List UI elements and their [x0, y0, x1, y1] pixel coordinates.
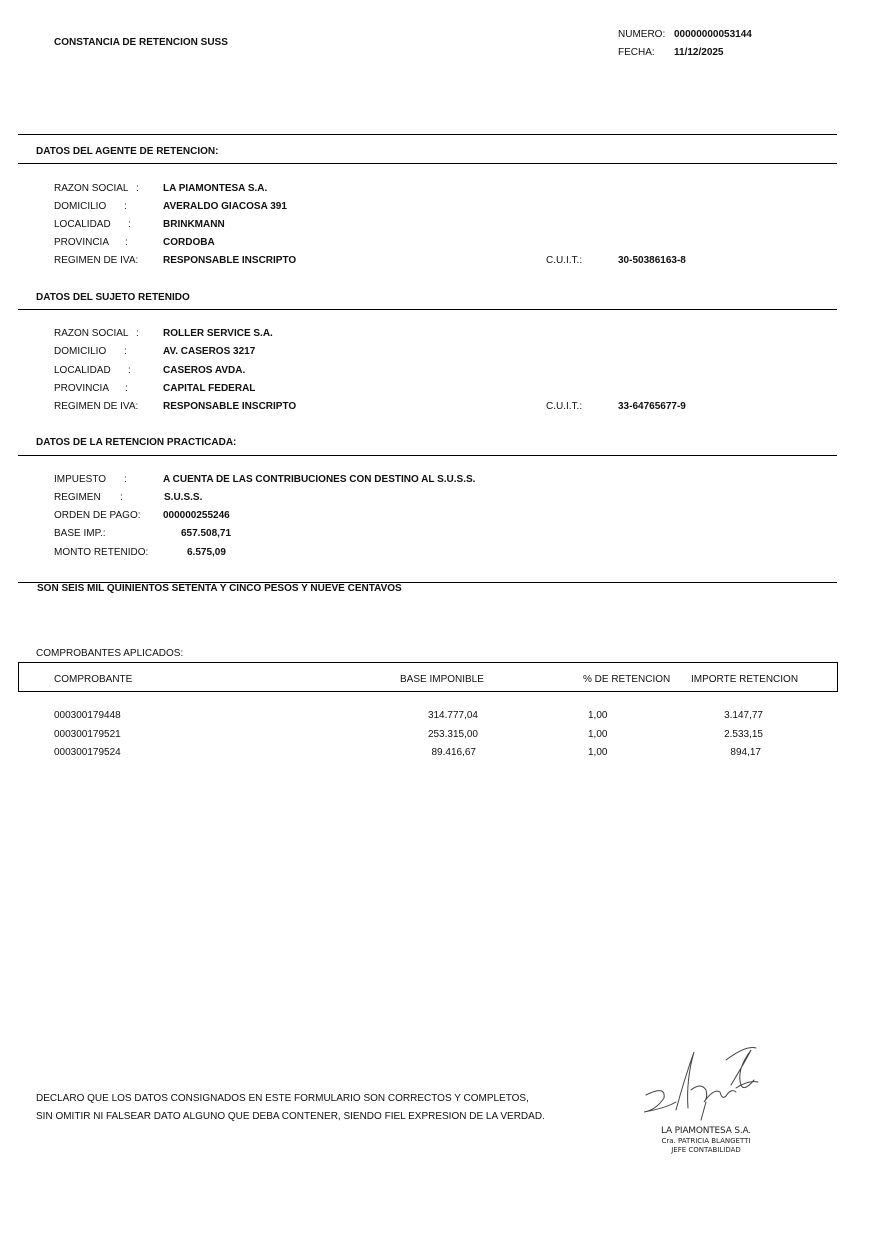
- colon: :: [128, 365, 131, 377]
- field-label: LOCALIDAD: [54, 219, 111, 231]
- importe-retencion: 894,17: [700, 747, 761, 759]
- field-label: RAZON SOCIAL: [54, 328, 128, 340]
- base-imp-row: BASE IMP.: 657.508,71: [0, 528, 870, 540]
- regimen-value: S.U.S.S.: [164, 492, 202, 504]
- sujeto-provincia: CAPITAL FEDERAL: [163, 383, 255, 395]
- sujeto-provincia-row: PROVINCIA : CAPITAL FEDERAL: [0, 383, 870, 395]
- cuit-label: C.U.I.T.:: [546, 401, 582, 413]
- field-label: BASE IMP.:: [54, 528, 106, 540]
- porcentaje-retencion: 1,00: [588, 729, 607, 741]
- sujeto-localidad: CASEROS AVDA.: [163, 365, 245, 377]
- declaracion-line-1: DECLARO QUE LOS DATOS CONSIGNADOS EN EST…: [36, 1093, 529, 1105]
- impuesto-row: IMPUESTO : A CUENTA DE LAS CONTRIBUCIONE…: [0, 474, 870, 486]
- signature-block: LA PIAMONTESA S.A. Cra. PATRICIA BLANGET…: [636, 1040, 776, 1160]
- impuesto-value: A CUENTA DE LAS CONTRIBUCIONES CON DESTI…: [163, 474, 475, 486]
- agente-provincia: CORDOBA: [163, 237, 215, 249]
- cuit-label: C.U.I.T.:: [546, 255, 582, 267]
- field-label: ORDEN DE PAGO:: [54, 510, 141, 522]
- field-label: REGIMEN DE IVA:: [54, 255, 138, 267]
- field-label: LOCALIDAD: [54, 365, 111, 377]
- colon: :: [136, 183, 139, 195]
- colon: :: [125, 237, 128, 249]
- colon: :: [124, 346, 127, 358]
- firma-cargo: JEFE CONTABILIDAD: [636, 1146, 776, 1154]
- colon: :: [124, 201, 127, 213]
- orden-pago-row: ORDEN DE PAGO: 000000255246: [0, 510, 870, 522]
- field-label: RAZON SOCIAL: [54, 183, 128, 195]
- sujeto-regimen-iva-row: REGIMEN DE IVA: RESPONSABLE INSCRIPTO C.…: [0, 401, 870, 413]
- agente-domicilio: AVERALDO GIACOSA 391: [163, 201, 287, 213]
- divider: [18, 455, 837, 456]
- sujeto-domicilio: AV. CASEROS 3217: [163, 346, 255, 358]
- column-header-comprobante: COMPROBANTE: [54, 674, 132, 686]
- table-row: 000300179521 253.315,00 1,00 2.533,15: [0, 729, 870, 741]
- agente-localidad-row: LOCALIDAD : BRINKMANN: [0, 219, 870, 231]
- base-imp-value: 657.508,71: [181, 528, 231, 540]
- retencion-section-title: DATOS DE LA RETENCION PRACTICADA:: [36, 437, 236, 449]
- base-imponible: 89.416,67: [400, 747, 476, 759]
- firma-empresa: LA PIAMONTESA S.A.: [636, 1126, 776, 1136]
- agente-cuit: 30-50386163-8: [618, 255, 686, 267]
- divider: [18, 163, 837, 164]
- monto-retenido-row: MONTO RETENIDO: 6.575,09: [0, 547, 870, 559]
- colon: :: [128, 219, 131, 231]
- field-label: REGIMEN: [54, 492, 101, 504]
- agente-regimen-iva-row: REGIMEN DE IVA: RESPONSABLE INSCRIPTO C.…: [0, 255, 870, 267]
- sujeto-razon-social-row: RAZON SOCIAL : ROLLER SERVICE S.A.: [0, 328, 870, 340]
- comprobante-number: 000300179524: [54, 747, 121, 759]
- colon: :: [136, 328, 139, 340]
- sujeto-section-title: DATOS DEL SUJETO RETENIDO: [36, 292, 190, 304]
- divider: [18, 309, 837, 310]
- agente-domicilio-row: DOMICILIO : AVERALDO GIACOSA 391: [0, 201, 870, 213]
- table-row: 000300179448 314.777,04 1,00 3.147,77: [0, 710, 870, 722]
- field-label: DOMICILIO: [54, 346, 106, 358]
- fecha-value: 11/12/2025: [674, 47, 724, 59]
- sujeto-regimen-iva: RESPONSABLE INSCRIPTO: [163, 401, 296, 413]
- sujeto-localidad-row: LOCALIDAD : CASEROS AVDA.: [0, 365, 870, 377]
- fecha-label: FECHA:: [618, 47, 655, 59]
- monto-retenido-value: 6.575,09: [187, 547, 226, 559]
- sujeto-razon-social: ROLLER SERVICE S.A.: [163, 328, 273, 340]
- comprobantes-section-title: COMPROBANTES APLICADOS:: [36, 648, 183, 660]
- field-label: DOMICILIO: [54, 201, 106, 213]
- comprobantes-header-row: COMPROBANTE BASE IMPONIBLE % DE RETENCIO…: [0, 674, 870, 686]
- porcentaje-retencion: 1,00: [588, 710, 607, 722]
- field-label: PROVINCIA: [54, 237, 109, 249]
- importe-retencion: 3.147,77: [700, 710, 763, 722]
- signature-scribble-icon: [636, 1040, 776, 1125]
- numero-label: NUMERO:: [618, 29, 665, 41]
- regimen-row: REGIMEN : S.U.S.S.: [0, 492, 870, 504]
- colon: :: [124, 474, 127, 486]
- sujeto-domicilio-row: DOMICILIO : AV. CASEROS 3217: [0, 346, 870, 358]
- comprobante-number: 000300179448: [54, 710, 121, 722]
- base-imponible: 314.777,04: [400, 710, 478, 722]
- field-label: IMPUESTO: [54, 474, 106, 486]
- colon: :: [120, 492, 123, 504]
- agente-razon-social: LA PIAMONTESA S.A.: [163, 183, 267, 195]
- field-label: REGIMEN DE IVA:: [54, 401, 138, 413]
- agente-razon-social-row: RAZON SOCIAL : LA PIAMONTESA S.A.: [0, 183, 870, 195]
- comprobante-number: 000300179521: [54, 729, 121, 741]
- orden-pago-value: 000000255246: [163, 510, 230, 522]
- column-header-base-imponible: BASE IMPONIBLE: [400, 674, 484, 686]
- column-header-porcentaje: % DE RETENCION: [583, 674, 670, 686]
- firma-nombre: Cra. PATRICIA BLANGETTI: [636, 1137, 776, 1145]
- agente-regimen-iva: RESPONSABLE INSCRIPTO: [163, 255, 296, 267]
- declaracion-line-2: SIN OMITIR NI FALSEAR DATO ALGUNO QUE DE…: [36, 1111, 545, 1123]
- agente-section-title: DATOS DEL AGENTE DE RETENCION:: [36, 146, 218, 158]
- base-imponible: 253.315,00: [400, 729, 478, 741]
- colon: :: [125, 383, 128, 395]
- column-header-importe: IMPORTE RETENCION: [691, 674, 798, 686]
- porcentaje-retencion: 1,00: [588, 747, 607, 759]
- importe-retencion: 2.533,15: [700, 729, 763, 741]
- document-title: CONSTANCIA DE RETENCION SUSS: [54, 37, 228, 49]
- agente-provincia-row: PROVINCIA : CORDOBA: [0, 237, 870, 249]
- sujeto-cuit: 33-64765677-9: [618, 401, 686, 413]
- monto-en-letras: SON SEIS MIL QUINIENTOS SETENTA Y CINCO …: [37, 583, 402, 595]
- agente-localidad: BRINKMANN: [163, 219, 225, 231]
- field-label: MONTO RETENIDO:: [54, 547, 148, 559]
- numero-value: 00000000053144: [674, 29, 752, 41]
- table-row: 000300179524 89.416,67 1,00 894,17: [0, 747, 870, 759]
- field-label: PROVINCIA: [54, 383, 109, 395]
- divider: [18, 134, 837, 135]
